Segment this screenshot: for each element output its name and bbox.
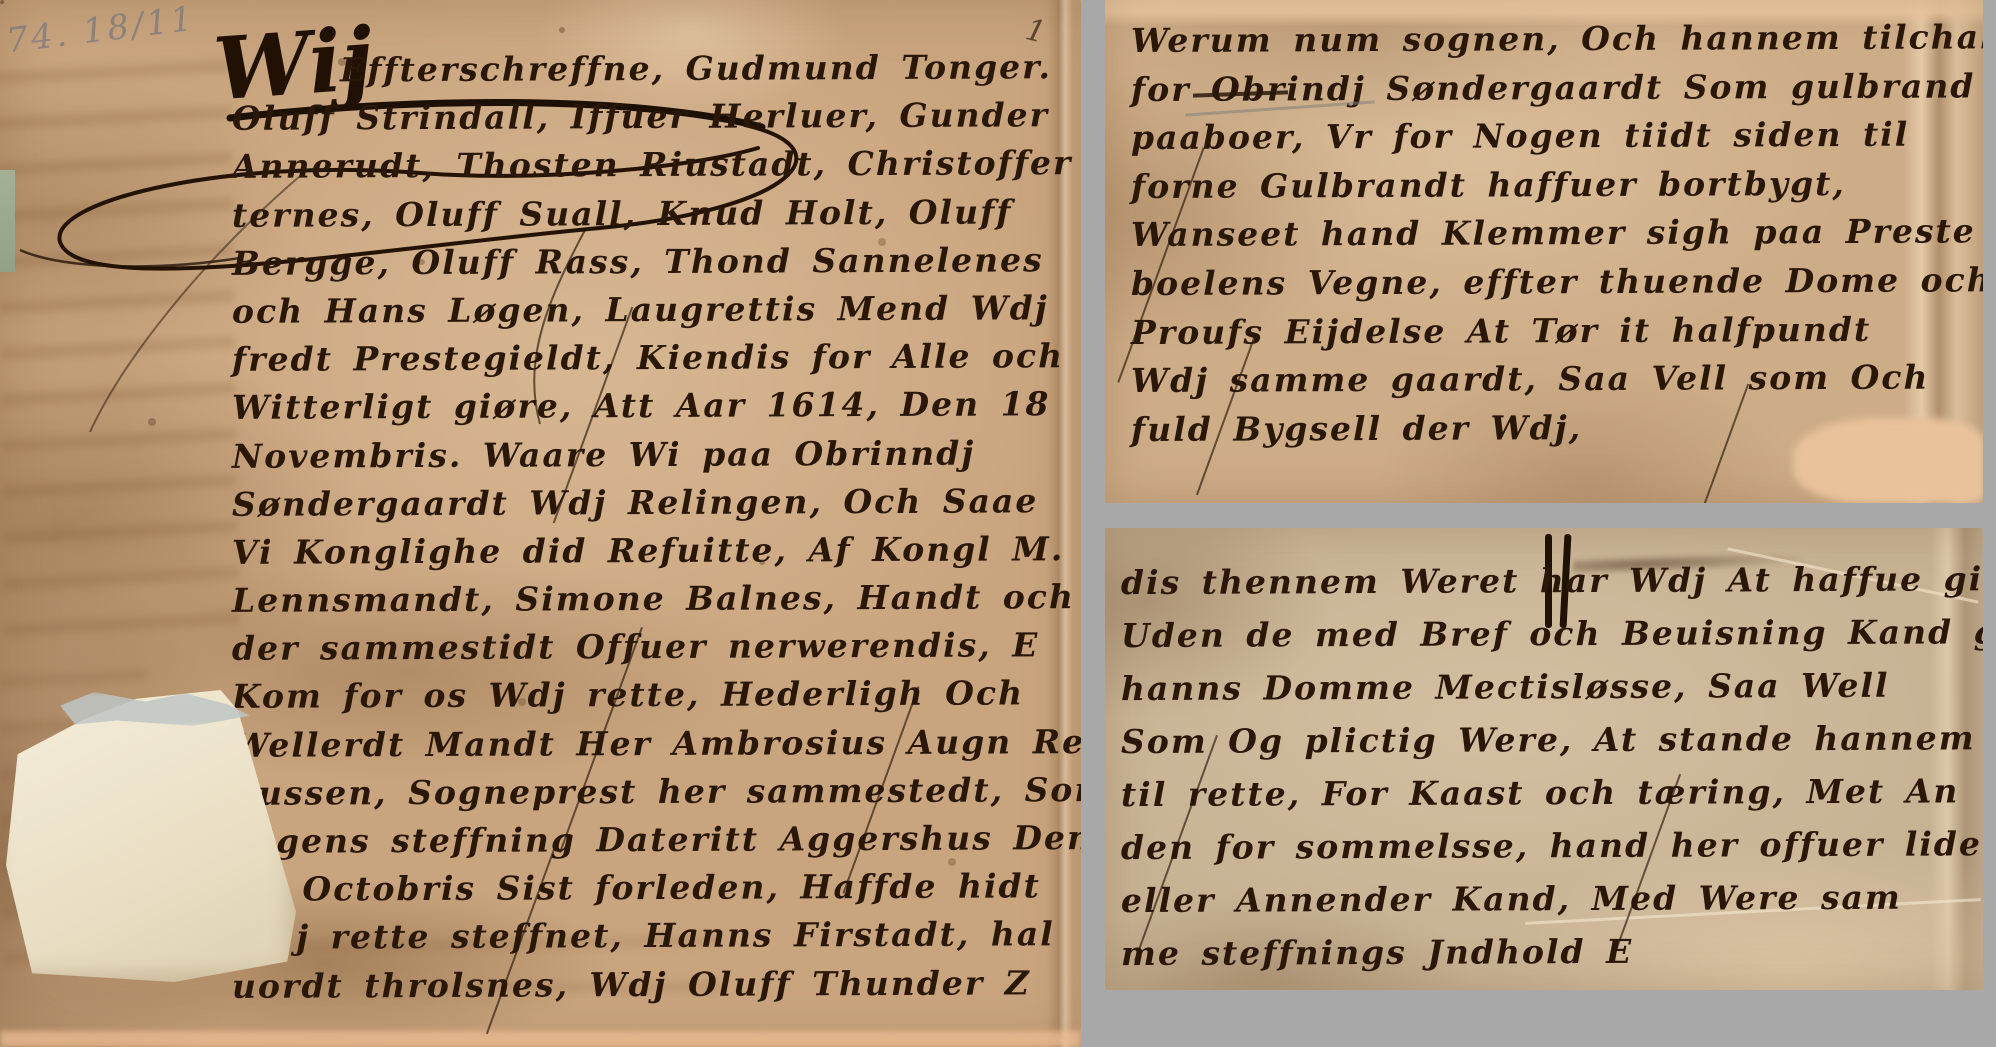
manuscript-line: Lennsmandt, Simone Balnes, Handt och	[232, 572, 1077, 624]
manuscript-line: ternes, Oluff Suall, Knud Holt, Oluff	[232, 187, 1077, 239]
manuscript-line: Annerudt, Thosten Riustadt, Christoffer …	[232, 139, 1077, 191]
manuscript-line: Wanseet hand Klemmer sigh paa Preste	[1131, 206, 1983, 259]
manuscript-line: til rette, For Kaast och tæring, Met An	[1121, 764, 1983, 821]
manuscript-line: dis thennem Weret har Wdj At haffue gior…	[1121, 552, 1983, 609]
manuscript-line: Proufs Eijdelse At Tør it halfpundt	[1131, 304, 1983, 357]
manuscript-line: uordt throlsnes, Wdj Oluff Thunder Z	[232, 958, 1077, 1010]
manuscript-line: Rigens steffning Dateritt Aggershus Den	[232, 813, 1077, 865]
manuscript-line: Uden de med Bref och Beuisning Kand giør…	[1121, 605, 1983, 662]
manuscript-line: Oluff Strindall, Iffuer Herluer, Gunder	[232, 90, 1077, 142]
manuscript-line: Werum num sognen, Och hannem tilchalledt	[1131, 12, 1983, 65]
manuscript-line: hanns Domme Mectisløsse, Saa Well	[1121, 658, 1983, 715]
left-page: 74. 18/11 1 Wij Effterschreffne, Gudmund…	[0, 0, 1081, 1047]
manuscript-line: Bergge, Oluff Rass, Thond Sannelenes	[232, 235, 1077, 287]
tape-fragment	[0, 170, 15, 272]
manuscript-line: Som Og plictig Were, At stande hannem	[1121, 711, 1983, 768]
manuscript-line: Wdj samme gaardt, Saa Vell som Och	[1131, 352, 1983, 405]
top-right-page-text: Werum num sognen, Och hannem tilchalledt…	[1131, 14, 1983, 451]
manuscript-line: der sammestidt Offuer nerwerendis, E	[232, 620, 1077, 672]
manuscript-line: den for sommelsse, hand her offuer lide	[1121, 817, 1983, 874]
ink-specks	[0, 0, 4, 4]
manuscript-line: nussen, Sogneprest her sammestedt, Som n…	[232, 765, 1077, 817]
bottom-right-page-text: dis thennem Weret har Wdj At haffue gior…	[1121, 554, 1983, 978]
ink-bleedthrough	[0, 53, 240, 657]
manuscript-line: och Hans Løgen, Laugrettis Mend Wdj	[232, 283, 1077, 335]
repair-strip	[0, 1031, 1081, 1047]
manuscript-line: Søndergaardt Wdj Relingen, Och Saae	[232, 476, 1077, 528]
manuscript-line: for Obrindj Søndergaardt Som gulbrand	[1131, 61, 1983, 114]
manuscript-line: Novembris. Waare Wi paa Obrinndj	[232, 428, 1077, 480]
manuscript-line: forne Gulbrandt haffuer bortbygt,	[1131, 158, 1983, 211]
manuscript-line: boelens Vegne, effter thuende Dome och	[1131, 255, 1983, 308]
left-page-text: Effterschreffne, Gudmund Tonger.Oluff St…	[232, 44, 1077, 1008]
manuscript-line: fredt Prestegieldt, Kiendis for Alle och	[232, 331, 1077, 383]
bottom-right-page: dis thennem Weret har Wdj At haffue gior…	[1105, 528, 1983, 990]
manuscript-line: paaboer, Vr for Nogen tiidt siden til	[1131, 109, 1983, 162]
manuscript-line: fuld Bygsell der Wdj,	[1131, 401, 1983, 454]
manuscript-line: Effterschreffne, Gudmund Tonger.	[232, 42, 1077, 94]
manuscript-line: Kom for os Wdj rette, Hederligh Och	[232, 669, 1077, 721]
archival-pencil-note: 74. 18/11	[4, 0, 197, 61]
manuscript-line: 13 Octobris Sist forleden, Haffde hidt	[232, 861, 1077, 913]
manuscript-line: Witterligt giøre, Att Aar 1614, Den 18	[232, 379, 1077, 431]
manuscript-line: Vi Konglighe did Refuitte, Af Kongl M.	[232, 524, 1077, 576]
manuscript-line: me steffnings Jndhold E	[1121, 923, 1983, 980]
manuscript-line: eller Annender Kand, Med Were sam	[1121, 870, 1983, 927]
manuscript-line: Wellerdt Mandt Her Ambrosius Augn Re	[232, 717, 1077, 769]
top-right-page: Werum num sognen, Och hannem tilchalledt…	[1105, 0, 1983, 503]
manuscript-line: Wdj rette steffnet, Hanns Firstadt, hal	[232, 910, 1077, 962]
